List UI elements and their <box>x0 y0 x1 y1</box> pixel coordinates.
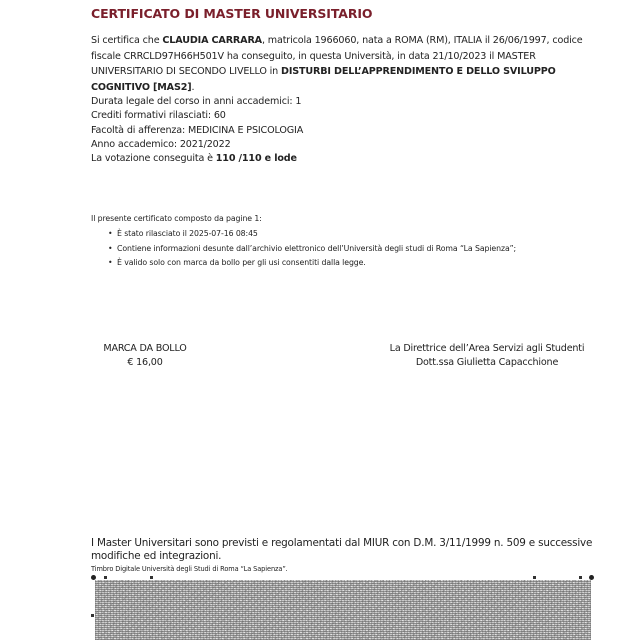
signatory-name: Dott.ssa Giulietta Capacchione <box>380 356 594 370</box>
barcode-side-marker <box>91 614 94 617</box>
revenue-stamp-amount: € 16,00 <box>92 356 198 370</box>
composition-heading: Il presente certificato composto da pagi… <box>91 213 516 225</box>
intro-text-1: Si certifica che <box>91 35 162 46</box>
composition-list: •È stato rilasciato il 2025-07-16 08:45 … <box>91 227 516 271</box>
bullet-icon: • <box>108 256 113 271</box>
signatory-role: La Direttrice dell’Area Servizi agli Stu… <box>380 342 594 356</box>
certificate-page: CERTIFICATO DI MASTER UNIVERSITARIO Si c… <box>0 0 640 640</box>
barcode-tick-marker <box>579 576 582 579</box>
grade-label: La votazione conseguita è <box>91 153 216 164</box>
course-credits: Crediti formativi rilasciati: 60 <box>91 109 303 123</box>
regulation-note: I Master Universitari sono previsti e re… <box>91 537 596 564</box>
bullet-icon: • <box>108 227 113 242</box>
list-item: •È stato rilasciato il 2025-07-16 08:45 <box>91 227 516 242</box>
digital-stamp-label: Timbro Digitale Università degli Studi d… <box>91 565 288 574</box>
revenue-stamp-block: MARCA DA BOLLO € 16,00 <box>92 342 198 369</box>
barcode-tick-marker <box>150 576 153 579</box>
barcode-tick-marker <box>104 576 107 579</box>
signature-block: La Direttrice dell’Area Servizi agli Stu… <box>380 342 594 369</box>
list-item: •È valido solo con marca da bollo per gl… <box>91 256 516 271</box>
certificate-title: CERTIFICATO DI MASTER UNIVERSITARIO <box>91 6 372 21</box>
barcode-tick-marker <box>533 576 536 579</box>
intro-text-3: . <box>191 82 194 93</box>
2d-barcode-icon <box>95 580 591 640</box>
course-duration: Durata legale del corso in anni accademi… <box>91 95 303 109</box>
grade-value: 110 /110 e lode <box>216 153 297 164</box>
student-name: CLAUDIA CARRARA <box>162 35 262 46</box>
bullet-icon: • <box>108 242 113 257</box>
certificate-composition: Il presente certificato composto da pagi… <box>91 213 516 271</box>
list-item: •Contiene informazioni desunte dall’arch… <box>91 242 516 257</box>
final-grade: La votazione conseguita è 110 /110 e lod… <box>91 152 303 166</box>
academic-year: Anno accademico: 2021/2022 <box>91 138 303 152</box>
certification-statement: Si certifica che CLAUDIA CARRARA, matric… <box>91 33 591 95</box>
course-faculty: Facoltà di afferenza: MEDICINA E PSICOLO… <box>91 124 303 138</box>
revenue-stamp-label: MARCA DA BOLLO <box>92 342 198 356</box>
course-details: Durata legale del corso in anni accademi… <box>91 95 303 166</box>
